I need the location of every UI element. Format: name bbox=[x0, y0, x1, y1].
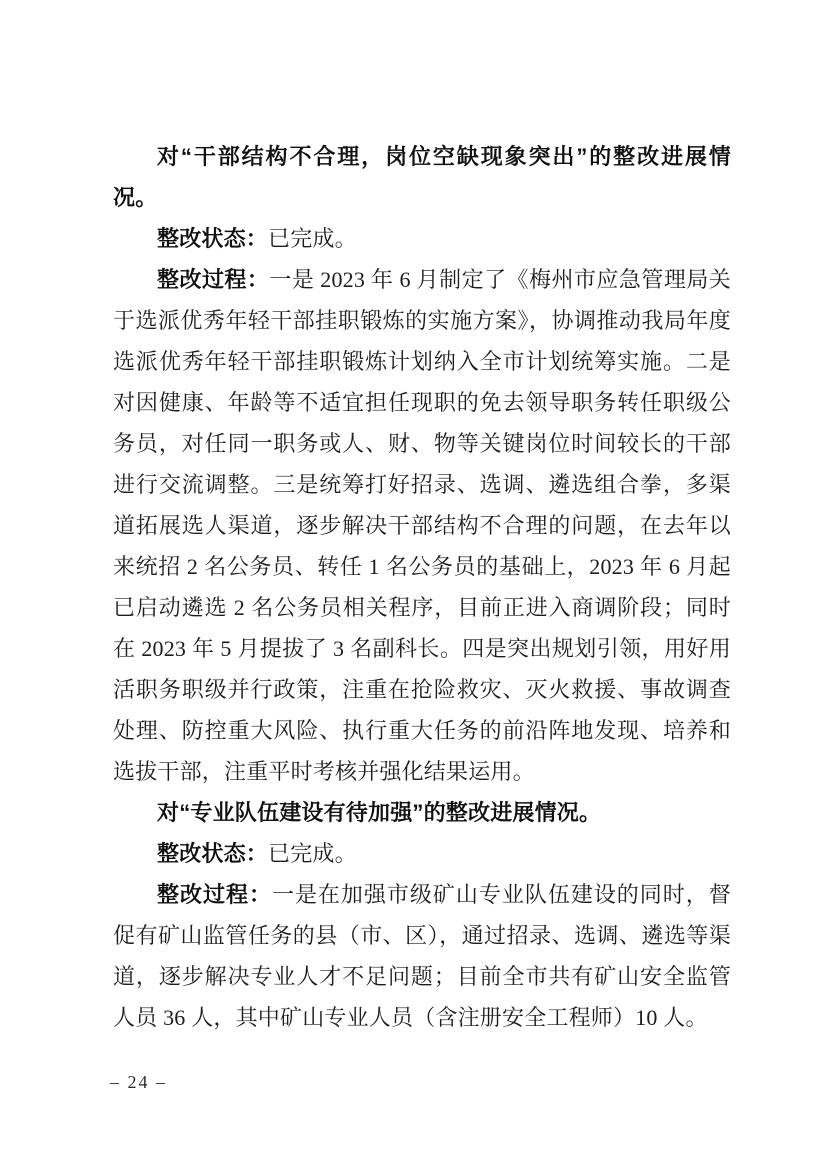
status-line: 整改状态：已完成。 bbox=[113, 833, 731, 874]
document-body: 对“干部结构不合理，岗位空缺现象突出”的整改进展情况。 整改状态：已完成。 整改… bbox=[113, 136, 731, 1038]
section-professional-team: 对“专业队伍建设有待加强”的整改进展情况。 整改状态：已完成。 整改过程：一是在… bbox=[113, 792, 731, 1038]
process-label: 整改过程： bbox=[157, 882, 272, 907]
process-paragraph: 整改过程：一是 2023 年 6 月制定了《梅州市应急管理局关于选派优秀年轻干部… bbox=[113, 259, 731, 792]
document-page: 对“干部结构不合理，岗位空缺现象突出”的整改进展情况。 整改状态：已完成。 整改… bbox=[0, 0, 827, 1170]
process-label: 整改过程： bbox=[157, 267, 269, 292]
section-heading: 对“干部结构不合理，岗位空缺现象突出”的整改进展情况。 bbox=[113, 136, 731, 218]
status-line: 整改状态：已完成。 bbox=[113, 218, 731, 259]
process-paragraph: 整改过程：一是在加强市级矿山专业队伍建设的同时，督促有矿山监管任务的县（市、区）… bbox=[113, 874, 731, 1038]
section-cadre-structure: 对“干部结构不合理，岗位空缺现象突出”的整改进展情况。 整改状态：已完成。 整改… bbox=[113, 136, 731, 792]
status-label: 整改状态： bbox=[157, 226, 268, 251]
status-value: 已完成。 bbox=[268, 226, 357, 251]
status-label: 整改状态： bbox=[157, 841, 268, 866]
section-heading: 对“专业队伍建设有待加强”的整改进展情况。 bbox=[113, 792, 731, 833]
status-value: 已完成。 bbox=[268, 841, 357, 866]
process-text: 一是 2023 年 6 月制定了《梅州市应急管理局关于选派优秀年轻干部挂职锻炼的… bbox=[113, 267, 731, 784]
page-number: – 24 – bbox=[110, 1070, 167, 1094]
